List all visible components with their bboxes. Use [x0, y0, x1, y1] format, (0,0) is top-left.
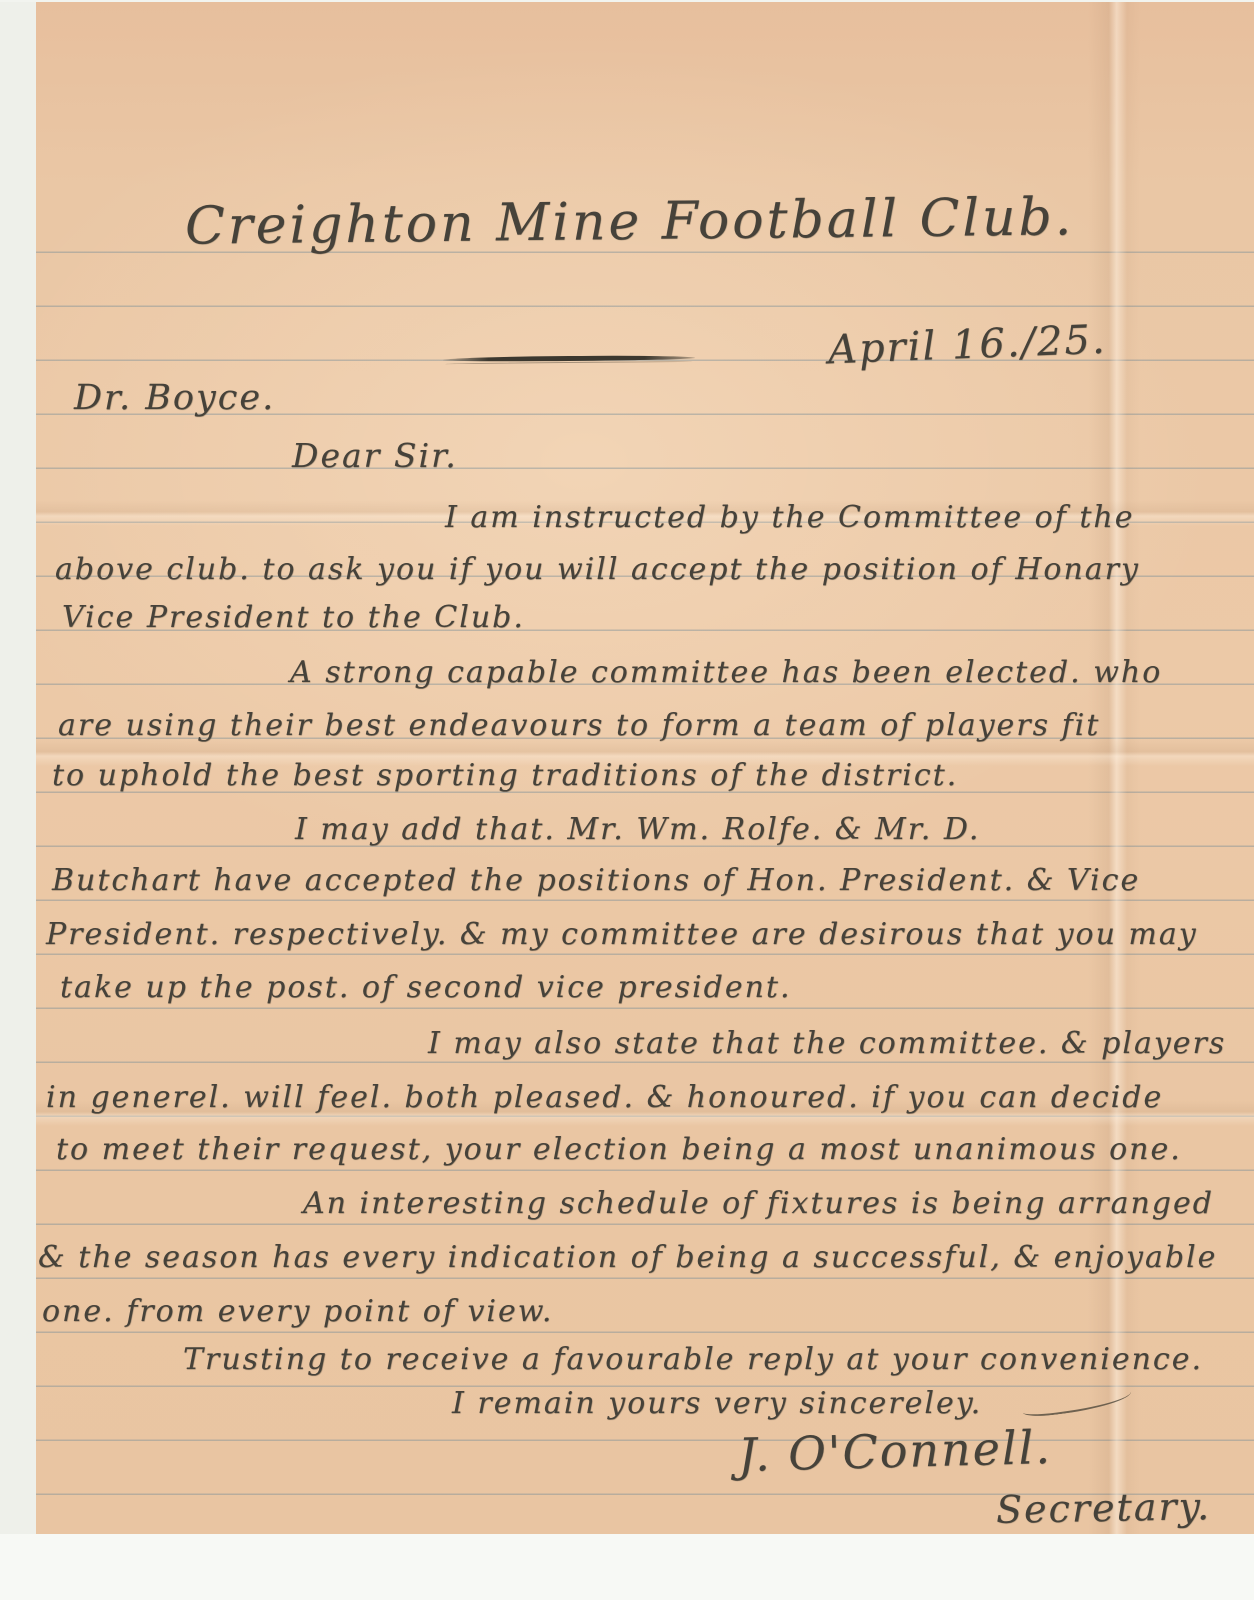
letter-line: I am instructed by the Committee of the — [445, 500, 1134, 535]
vertical-fold-crease — [1088, 2, 1140, 1534]
letter-line: Trusting to receive a favourable reply a… — [183, 1342, 1203, 1377]
club-name-heading: Creighton Mine Football Club. — [185, 187, 1075, 256]
letter-line: in generel. will feel. both pleased. & h… — [46, 1080, 1163, 1115]
letter-line: are using their best endeavours to form … — [58, 708, 1100, 743]
closing-line: I remain yours very sincereley. — [452, 1386, 982, 1421]
photo-margin-left — [0, 0, 36, 1600]
photo-margin-top — [0, 0, 1254, 2]
letter-line: I may add that. Mr. Wm. Rolfe. & Mr. D. — [295, 812, 980, 847]
letter-line: I may also state that the committee. & p… — [428, 1026, 1226, 1061]
letter-line: above club. to ask you if you will accep… — [55, 552, 1140, 587]
letter-line: Butchart have accepted the positions of … — [52, 863, 1140, 898]
letter-line: President. respectively. & my committee … — [46, 917, 1198, 952]
letter-line: one. from every point of view. — [42, 1294, 553, 1329]
letter-line: to meet their request, your election bei… — [56, 1132, 1182, 1167]
letter-line: An interesting schedule of fixtures is b… — [303, 1186, 1214, 1221]
signature-title: Secretary. — [996, 1484, 1212, 1532]
letter-line: take up the post. of second vice preside… — [60, 970, 792, 1005]
letter-line: Vice President to the Club. — [62, 600, 525, 635]
letter-line: to uphold the best sporting traditions o… — [52, 758, 958, 793]
letter-line: & the season has every indication of bei… — [38, 1240, 1217, 1275]
salutation: Dear Sir. — [292, 436, 458, 475]
photo-margin-bottom — [0, 1534, 1254, 1600]
recipient-name: Dr. Boyce. — [74, 378, 275, 418]
letter-line: A strong capable committee has been elec… — [290, 655, 1162, 690]
signature: J. O'Connell. — [737, 1420, 1052, 1482]
